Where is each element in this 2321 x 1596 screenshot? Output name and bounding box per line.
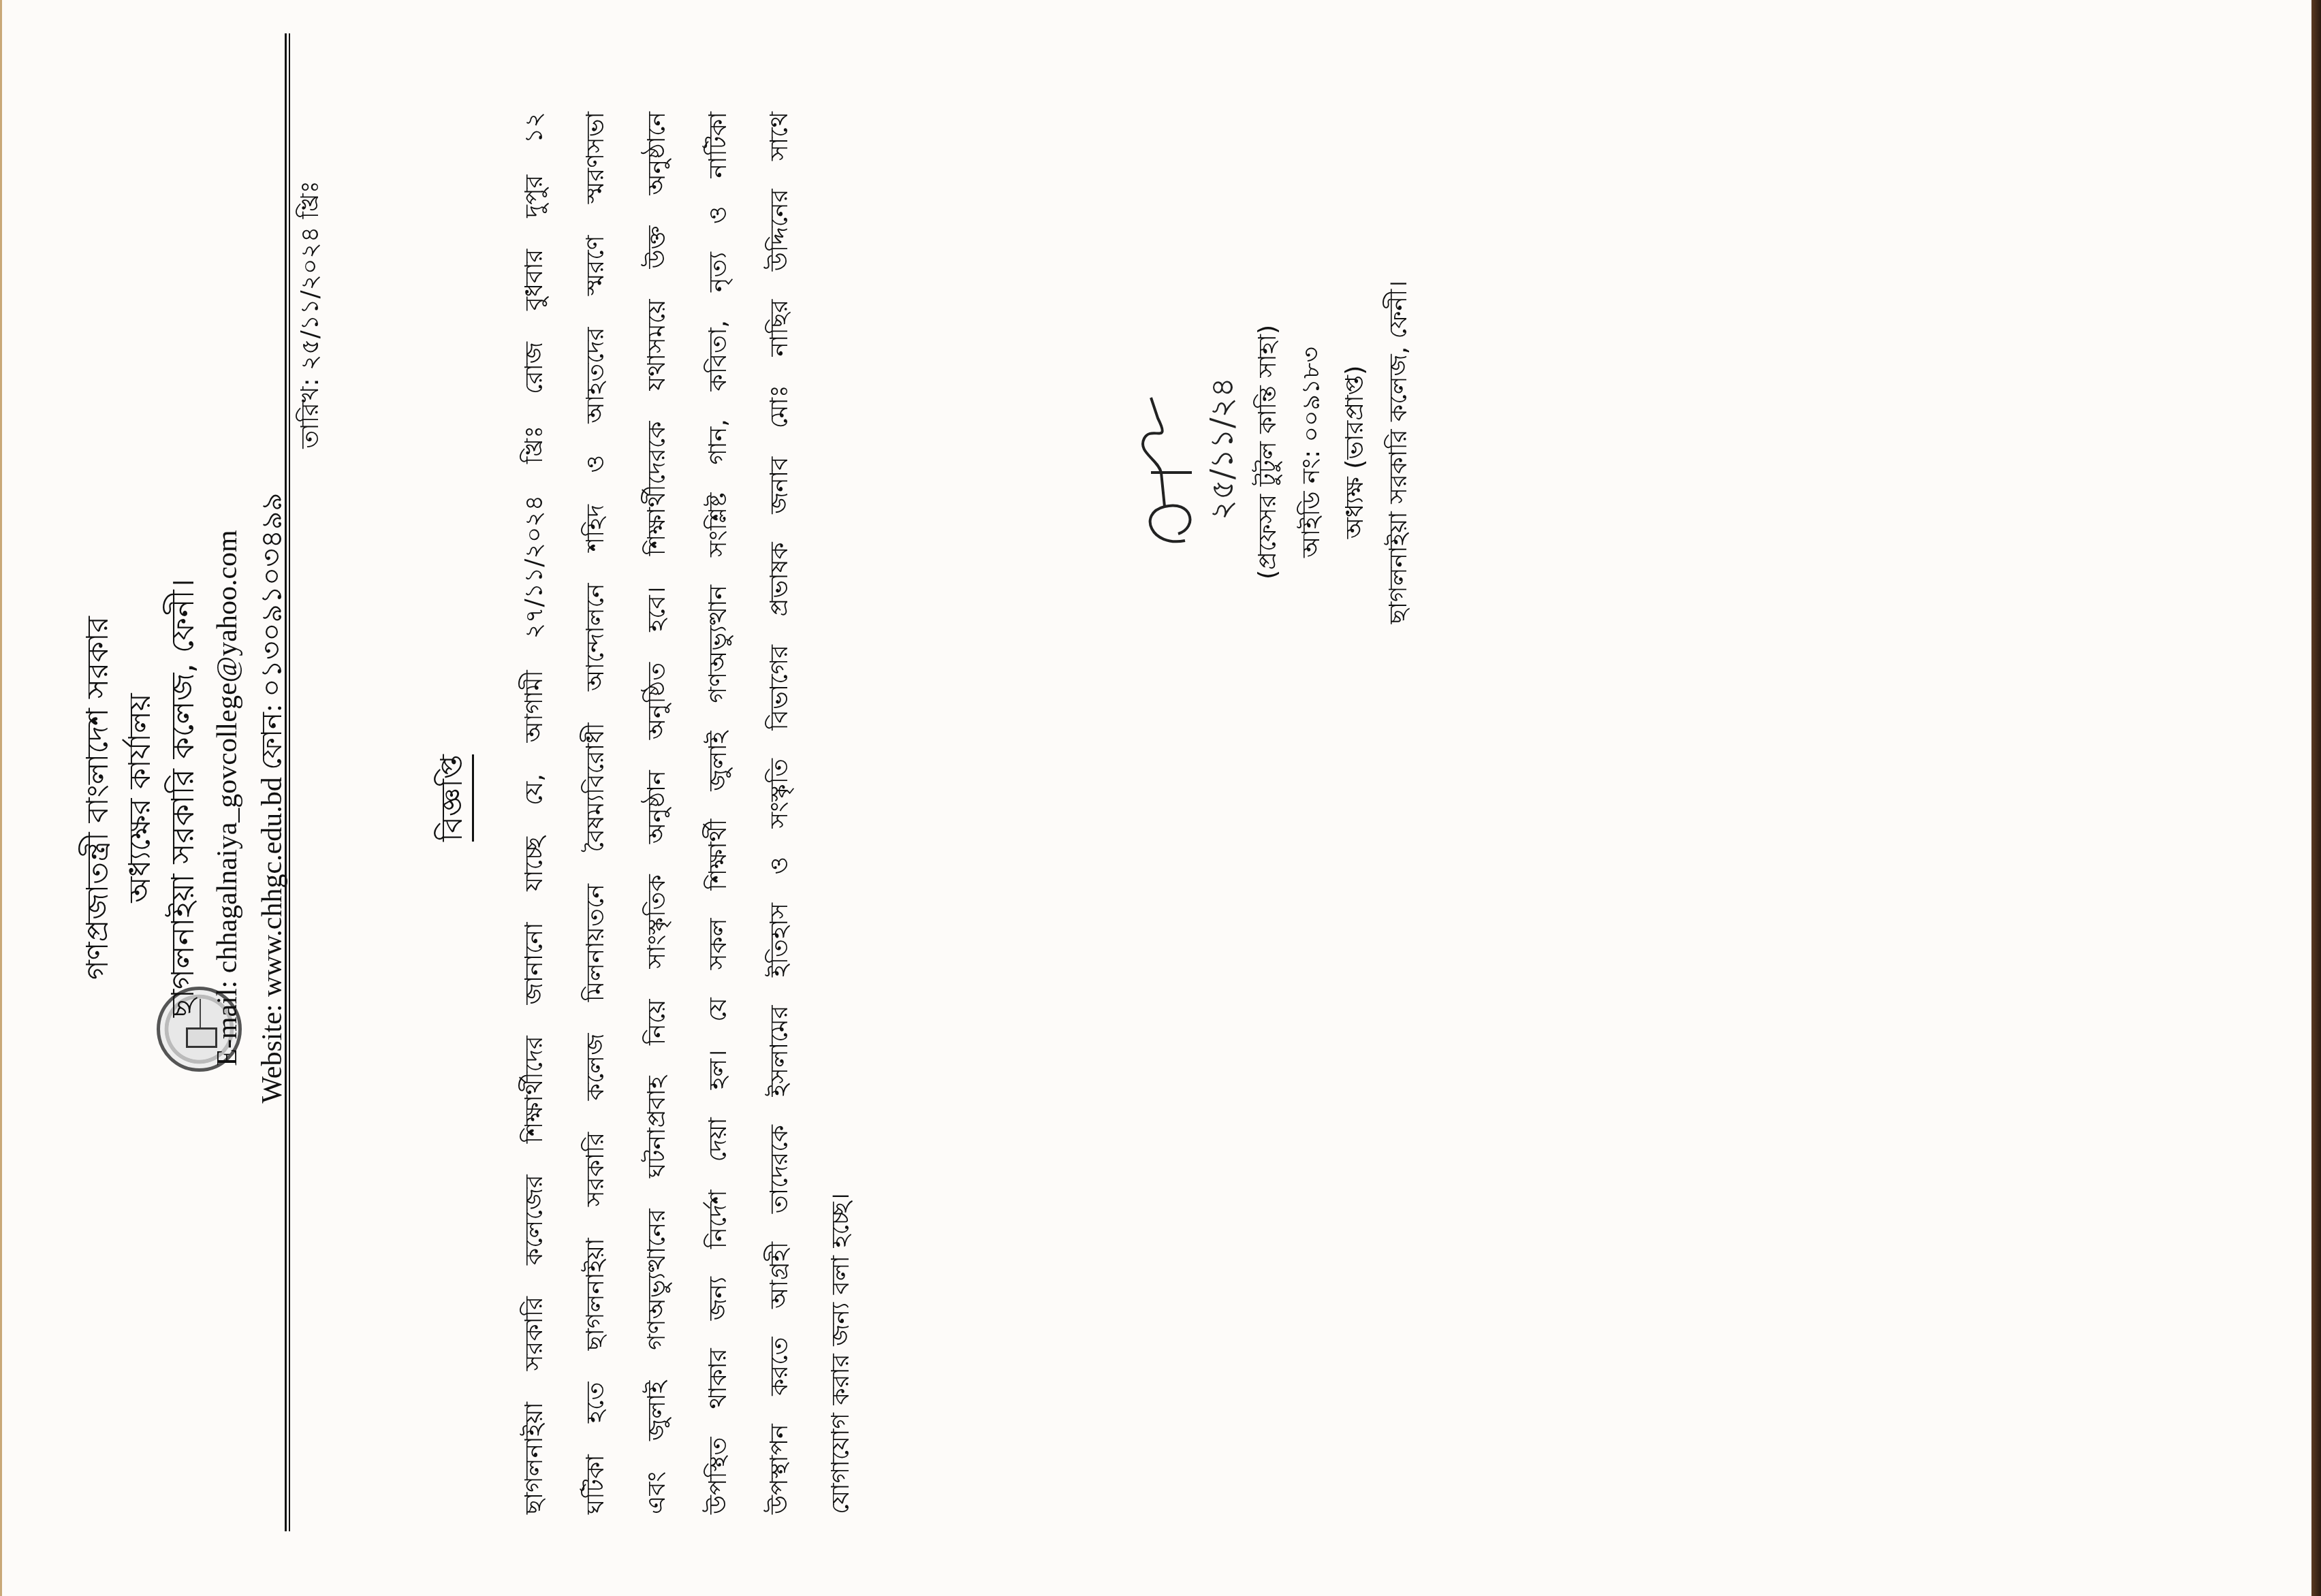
website-phone-line: Website: www.chhgc.edu.bd ফোন: ০১৩০৯১০৩৪…: [249, 0, 298, 1596]
notice-date: তারিখ: ২৫/১১/২০২৪ খ্রিঃ: [291, 180, 332, 449]
body-line: উপস্থাপন করতে আগ্রহী তাদেরকে ইসলামের ইতি…: [749, 112, 810, 1514]
letterhead: গণপ্রজাতন্ত্রী বাংলাদেশ সরকার অধ্যক্ষের …: [75, 0, 279, 1596]
institution-name: ছাগলনাইয়া সরকারি কলেজ, ফেনী।: [159, 0, 211, 1596]
email-line: E-mail: chhagalnaiya_govcollege@yahoo.co…: [211, 0, 244, 1596]
signatory-id: আইডি নং: ০০৯১৮৩: [1290, 214, 1333, 690]
notice-title-wrap: বিজ্ঞপ্তি: [429, 0, 479, 1596]
body-line: উপস্থিত থাকার জন্য নির্দেশ দেয়া হল। যে …: [688, 112, 749, 1514]
body-line: এবং জুলাই গণঅভ্যুত্থানের ঘটনাপ্রবাহ নিয়…: [627, 112, 688, 1514]
notice-body: ছাগলনাইয়া সরকারি কলেজের শিক্ষার্থীদের জ…: [504, 112, 872, 1514]
signature-date: ২৫/১১/২৪: [1199, 377, 1250, 520]
signatory-designation: অধ্যক্ষ (ভারপ্রাপ্ত): [1333, 214, 1377, 690]
signatory-institution: ছাগলনাইয়া সরকারি কলেজ, ফেনী।: [1377, 214, 1421, 690]
signature-block: ২৫/১১/২৪ (প্রফেসর টুটুল কান্তি সাহা) আইড…: [1117, 214, 1421, 690]
body-line: ছাগলনাইয়া সরকারি কলেজের শিক্ষার্থীদের জ…: [504, 112, 565, 1514]
body-line: ঘটিকা হতে ছাগলনাইয়া সরকারি কলেজ মিলনায়…: [565, 112, 627, 1514]
notice-title: বিজ্ঞপ্তি: [435, 754, 474, 842]
signatory-name: (প্রফেসর টুটুল কান্তি সাহা): [1246, 214, 1290, 690]
handwritten-signature: ২৫/১১/২৪: [1117, 214, 1246, 690]
notice-page: গণপ্রজাতন্ত্রী বাংলাদেশ সরকার অধ্যক্ষের …: [0, 0, 2309, 1596]
scan-background-edge-right: [2311, 0, 2321, 1596]
body-line: যোগাযোগ করার জন্য বলা হচ্ছে।: [810, 112, 872, 1514]
header-divider: [285, 33, 290, 1531]
